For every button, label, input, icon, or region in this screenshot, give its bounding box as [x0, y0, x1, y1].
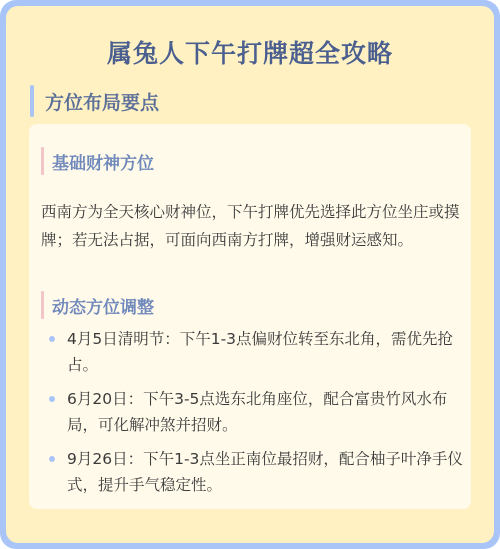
- bullet-list: 4月5日清明节：下午1-3点偏财位转至东北角，需优先抢占。 6月20日：下午3-…: [41, 326, 471, 506]
- page-title: 属兔人下午打牌超全攻略: [6, 34, 494, 70]
- subsection-header-dynamic: 动态方位调整: [41, 291, 154, 319]
- subsection-header-basic: 基础财神方位: [41, 147, 154, 175]
- bullet-dot-icon: [49, 396, 55, 402]
- subsection-title: 基础财神方位: [52, 149, 154, 174]
- subsection-accent-bar: [41, 291, 44, 319]
- paper: 属兔人下午打牌超全攻略 方位布局要点 基础财神方位 西南方为全天核心财神位，下午…: [6, 6, 494, 543]
- subsection-title: 动态方位调整: [52, 293, 154, 318]
- list-item-text: 9月26日：下午1-3点坐正南位最招财，配合柚子叶净手仪式，提升手气稳定性。: [67, 450, 463, 494]
- page-frame: 属兔人下午打牌超全攻略 方位布局要点 基础财神方位 西南方为全天核心财神位，下午…: [0, 0, 500, 549]
- list-item: 4月5日清明节：下午1-3点偏财位转至东北角，需优先抢占。: [41, 326, 471, 378]
- subsection-paragraph: 西南方为全天核心财神位，下午打牌优先选择此方位坐庄或摸牌；若无法占据，可面向西南…: [41, 198, 461, 254]
- section-accent-bar: [30, 85, 34, 117]
- section-header: 方位布局要点: [30, 85, 159, 117]
- list-item: 6月20日：下午3-5点选东北角座位，配合富贵竹风水布局，可化解冲煞并招财。: [41, 386, 471, 438]
- list-item-text: 4月5日清明节：下午1-3点偏财位转至东北角，需优先抢占。: [67, 330, 453, 374]
- bullet-dot-icon: [49, 336, 55, 342]
- list-item-text: 6月20日：下午3-5点选东北角座位，配合富贵竹风水布局，可化解冲煞并招财。: [67, 390, 447, 434]
- list-item: 9月26日：下午1-3点坐正南位最招财，配合柚子叶净手仪式，提升手气稳定性。: [41, 446, 471, 498]
- subsection-accent-bar: [41, 147, 44, 175]
- content-card: 基础财神方位 西南方为全天核心财神位，下午打牌优先选择此方位坐庄或摸牌；若无法占…: [29, 124, 471, 509]
- bullet-dot-icon: [49, 456, 55, 462]
- section-title: 方位布局要点: [45, 88, 159, 115]
